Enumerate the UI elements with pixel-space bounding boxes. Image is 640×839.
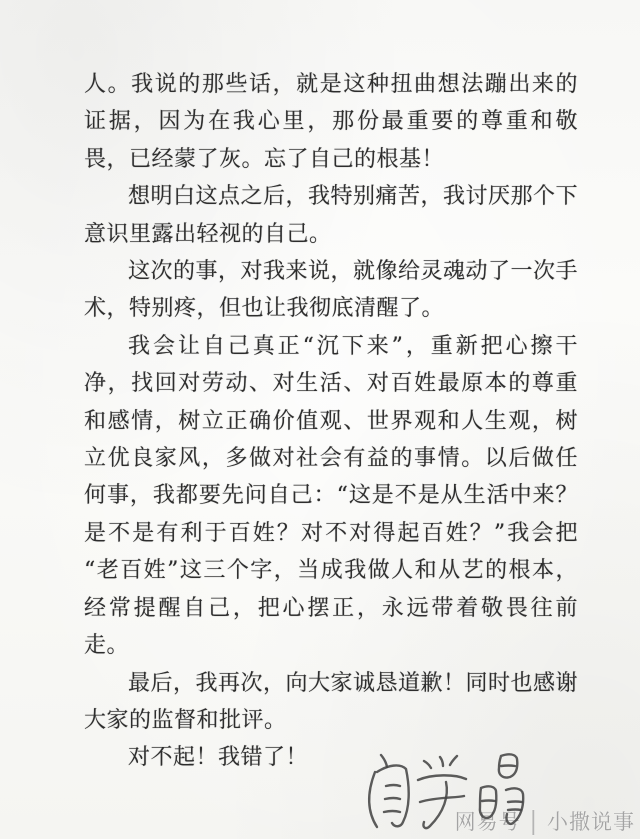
letter-paragraph: 人。我说的那些话，就是这种扭曲想法蹦出来的证据，因为在我心里，那份最重要的尊重和… — [84, 66, 578, 178]
letter-paragraph: 这次的事，对我来说，就像给灵魂动了一次手术，特别疼，但也让我彻底清醒了。 — [84, 253, 578, 328]
letter-paragraph: 最后，我再次，向大家诚恳道歉！同时也感谢大家的监督和批评。 — [84, 665, 578, 740]
watermark-account: 小撒说事 — [547, 806, 635, 836]
letter-paragraph: 我会让自己真正“沉下来”，重新把心擦干净，找回对劳动、对生活、对百姓最原本的尊重… — [84, 328, 578, 665]
apology-letter: 人。我说的那些话，就是这种扭曲想法蹦出来的证据，因为在我心里，那份最重要的尊重和… — [84, 66, 578, 777]
letter-paragraph: 想明白这点之后，我特别痛苦，我讨厌那个下意识里露出轻视的自己。 — [84, 178, 578, 253]
handwritten-signature — [360, 750, 544, 839]
signature-yan-xuejing-icon — [360, 750, 544, 839]
